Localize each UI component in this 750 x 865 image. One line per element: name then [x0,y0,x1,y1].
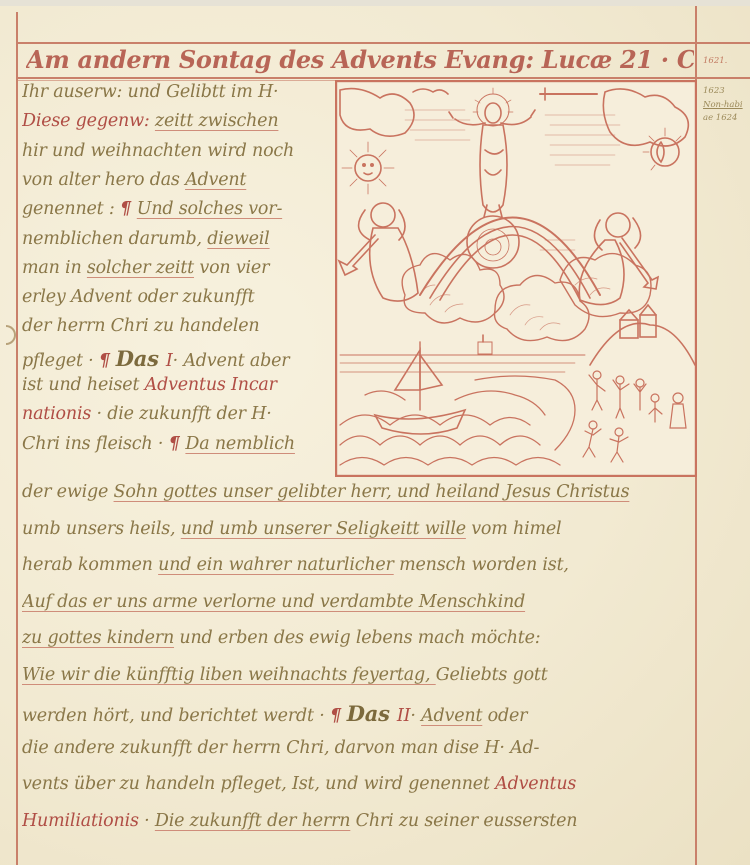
text-segment: der herrn Chri zu handelen [22,316,259,336]
page-title: Am andern Sontag des Advents Evang: Lucæ… [26,44,694,76]
manuscript-line: Chri ins fleisch · ¶ Da nemblich [22,434,334,454]
text-segment: · [139,811,155,831]
text-segment: Humiliationis [22,811,139,831]
text-segment: Chri zu seiner eussersten [350,811,577,831]
margin-note-2: 1623 [703,86,725,96]
text-segment: die andere zukunfft der herrn Chri, darv… [22,738,539,758]
text-segment: Adventus Incar [145,375,277,395]
text-segment: II [397,706,410,726]
text-segment: man in [22,258,87,278]
text-segment: ist und heiset [22,375,145,395]
manuscript-line: nationis · die zukunfft der H· [22,404,334,424]
text-segment: von vier [194,258,269,278]
text-segment: mensch worden ist, [394,555,569,575]
manuscript-line: werden hört, und berichtet werdt · ¶ Das… [22,701,694,726]
text-segment: Da nemblich [185,434,295,454]
text-segment: nemblichen darumb, [22,229,207,249]
manuscript-line: Auf das er uns arme verlorne und verdamb… [22,592,694,612]
text-segment: Die zukunfft der herrn [155,811,350,831]
text-segment: Adventus [495,774,576,794]
text-segment: ¶ [330,706,347,726]
manuscript-line: Diese gegenw: zeitt zwischen [22,111,334,131]
text-segment: Sohn gottes unser gelibter herr, und hei… [114,482,630,502]
text-segment: I [166,351,173,371]
manuscript-line: der herrn Chri zu handelen [22,316,334,336]
manuscript-line: Ihr auserw: und Gelibtt im H· [22,82,334,102]
manuscript-line: Wie wir die künfftig liben weihnachts fe… [22,665,694,685]
manuscript-line: vents über zu handeln pfleget, Ist, und … [22,774,694,794]
text-segment: · [410,706,421,726]
text-segment: umb unsers heils, [22,519,181,539]
text-segment: von alter hero das [22,170,185,190]
text-segment: herab kommen [22,555,158,575]
manuscript-line: genennet : ¶ Und solches vor- [22,199,334,219]
text-segment: Das [347,701,397,726]
text-segment: und umb unserer Seligkeitt wille [181,519,466,539]
text-segment: · Advent aber [173,351,290,371]
page-top-edge [0,0,750,6]
title-bottom-rule [16,77,750,79]
text-segment: ¶ [169,434,186,454]
text-segment: zeitt zwischen [155,111,278,131]
text-segment: und ein wahrer naturlicher [158,555,394,575]
text-segment: vom himel [466,519,562,539]
manuscript-line: Humiliationis · Die zukunfft der herrn C… [22,811,694,831]
text-segment: Das [116,346,166,371]
manuscript-line: pfleget · ¶ Das I· Advent aber [22,346,334,371]
margin-bracket-mark [6,325,16,345]
text-segment: werden hört, und berichtet werdt · [22,706,330,726]
manuscript-line: zu gottes kindern und erben des ewig leb… [22,628,694,648]
text-segment: Auf das er uns arme verlorne und verdamb… [22,592,525,612]
manuscript-line: man in solcher zeitt von vier [22,258,334,278]
illustration-christ-in-glory [335,80,697,477]
text-segment: erley Advent oder zukunfft [22,287,255,307]
manuscript-line: ist und heiset Adventus Incar [22,375,334,395]
text-segment: solcher zeitt [87,258,194,278]
manuscript-line: hir und weihnachten wird noch [22,141,334,161]
text-segment: Und solches vor- [137,199,282,219]
text-segment: Chri ins fleisch · [22,434,169,454]
manuscript-page: Am andern Sontag des Advents Evang: Lucæ… [0,0,750,865]
text-segment: · die zukunfft der H· [91,404,272,424]
text-segment: nationis [22,404,91,424]
text-segment: zu gottes kindern [22,628,174,648]
text-segment: Wie wir die künfftig liben weihnachts fe… [22,665,436,685]
text-segment: ¶ [99,351,116,371]
manuscript-line: umb unsers heils, und umb unserer Seligk… [22,519,694,539]
text-segment: oder [482,706,527,726]
text-segment: Advent [185,170,246,190]
text-segment: Geliebts gott [436,665,548,685]
manuscript-line: herab kommen und ein wahrer naturlicher … [22,555,694,575]
text-segment: und erben des ewig lebens mach möchte: [174,628,540,648]
text-segment: der ewige [22,482,114,502]
manuscript-line: die andere zukunfft der herrn Chri, darv… [22,738,694,758]
manuscript-line: nemblichen darumb, dieweil [22,229,334,249]
text-top-rule [16,80,336,81]
text-segment: ¶ [120,199,137,219]
text-segment: Ihr auserw: und Gelibtt im H· [22,82,278,102]
illustration-drawing [335,80,697,477]
manuscript-line: der ewige Sohn gottes unser gelibter her… [22,482,694,502]
text-segment: hir und weihnachten wird noch [22,141,294,161]
frame-left-rule [16,12,18,865]
text-segment: genennet : [22,199,120,219]
manuscript-line: erley Advent oder zukunfft [22,287,334,307]
margin-note-1: 1621. [703,56,727,66]
margin-note-4: ae 1624 [703,113,737,123]
manuscript-line: von alter hero das Advent [22,170,334,190]
text-segment: Advent [421,706,482,726]
text-segment: vents über zu handeln pfleget, Ist, und … [22,774,495,794]
text-segment: dieweil [207,229,269,249]
text-segment: Diese gegenw: [22,111,155,131]
text-segment: pfleget · [22,351,99,371]
margin-note-3: Non-habi [703,100,743,110]
